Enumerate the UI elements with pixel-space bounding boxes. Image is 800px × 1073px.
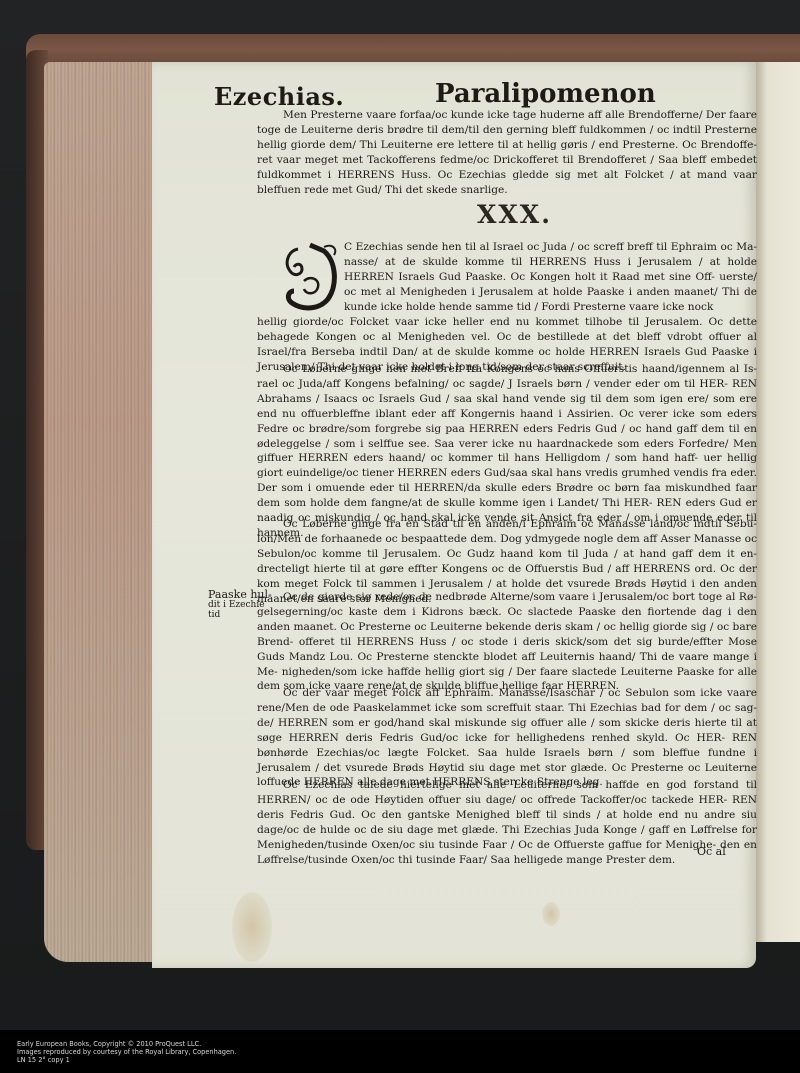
text-line: Sebulon/oc komme til Jerusalem. Oc Gudz …: [257, 548, 757, 560]
text-line: Oc Løberne ginge hen met Breff fra Konge…: [283, 363, 757, 375]
text-line: de/ HERREN som er god/hand skal miskunde…: [257, 717, 746, 729]
text-line: hellig giorde/oc Folcket vaar icke helle…: [257, 316, 709, 328]
top-paragraph: Men Presterne vaare forfaa/oc kunde icke…: [257, 108, 757, 197]
chapter-paragraph-2: Oc Løberne ginge hen met Breff fra Konge…: [257, 362, 757, 541]
paragraph: Oc Ezechias talede hiertelige met alle L…: [257, 778, 757, 867]
text-line: rael oc Juda/aff Kongens befalning/ oc s…: [257, 378, 732, 390]
footer-courtesy-line: Images reproduced by courtesy of the Roy…: [17, 1048, 236, 1056]
text-line: Oc de giorde sig rede/oc de nedbrøde Alt…: [283, 591, 757, 603]
paragraph: Oc der vaar meget Folck aff Ephraim. Man…: [257, 686, 757, 790]
page-fore-edge-stack: [44, 62, 154, 962]
chapter-heading: XXX.: [477, 200, 552, 229]
paragraph: Oc Løberne ginge hen met Breff fra Konge…: [257, 362, 757, 541]
paper-stain: [232, 892, 272, 962]
text-line: HERREN Israels Gud Paaske. Oc Kongen hol…: [344, 271, 719, 283]
text-line: hellig giorde dem/ Thi Leuiterne ere let…: [257, 139, 757, 151]
footer-shelfmark-line: LN 15 2° copy 1: [17, 1056, 70, 1064]
running-head-title: Paralipomenon: [435, 79, 656, 109]
text-line: nasse/ at de skulde komme til HERRENS Hu…: [344, 256, 757, 268]
text-line: C Ezechias sende hen til al Israel oc Ju…: [344, 241, 757, 253]
text-line: Jerusalem / det vsurede Brøds Høytid siu…: [257, 762, 757, 774]
text-line: bleffuen rede met Gud/ Thi det skede sna…: [257, 184, 508, 196]
chapter-paragraph-1-wrapped: C Ezechias sende hen til al Israel oc Ju…: [344, 240, 757, 315]
facing-page-edge: [756, 62, 800, 942]
text-line: toge de Leuiterne deris brødre til dem/t…: [257, 124, 757, 136]
chapter-paragraph-6: Oc Ezechias talede hiertelige met alle L…: [257, 778, 757, 867]
paper-stain: [542, 902, 560, 926]
footer-copyright-line: Early European Books, Copyright © 2010 P…: [17, 1040, 201, 1048]
text-line: lon/Men de forhaanede oc bespaattede dem…: [257, 533, 757, 545]
running-head-left: Ezechias.: [214, 82, 344, 111]
text-line: ret vaar meget met Tackofferens fedme/oc…: [257, 154, 757, 166]
text-line: fuldkommet i HERRENS Huss. Oc Ezechias g…: [257, 169, 757, 181]
text-line: Oc Ezechias talede hiertelige met alle L…: [283, 779, 757, 791]
text-line: Oc der vaar meget Folck aff Ephraim. Man…: [283, 687, 757, 699]
catchword: Oc al: [697, 845, 726, 858]
paragraph: C Ezechias sende hen til al Israel oc Ju…: [344, 240, 757, 315]
paragraph: Men Presterne vaare forfaa/oc kunde icke…: [257, 108, 757, 197]
text-line: drecteligt hierte til at gøre effter Kon…: [257, 563, 720, 575]
text-line: Oc Løberne ginge fra en Stad til en ande…: [283, 518, 757, 530]
chapter-paragraph-4: Oc de giorde sig rede/oc de nedbrøde Alt…: [257, 590, 757, 694]
text-line: HERREN/ oc de ode Høytiden offuer siu da…: [257, 794, 732, 806]
chapter-paragraph-5: Oc der vaar meget Folck aff Ephraim. Man…: [257, 686, 757, 790]
text-line: Men Presterne vaare forfaa/oc kunde icke…: [283, 109, 757, 121]
paragraph: Oc de giorde sig rede/oc de nedbrøde Alt…: [257, 590, 757, 694]
decorated-initial-icon: D: [280, 241, 340, 313]
copyright-footer: Early European Books, Copyright © 2010 P…: [0, 1030, 800, 1073]
text-line: rene/Men de ode Paaskelammet icke som sc…: [257, 702, 757, 714]
